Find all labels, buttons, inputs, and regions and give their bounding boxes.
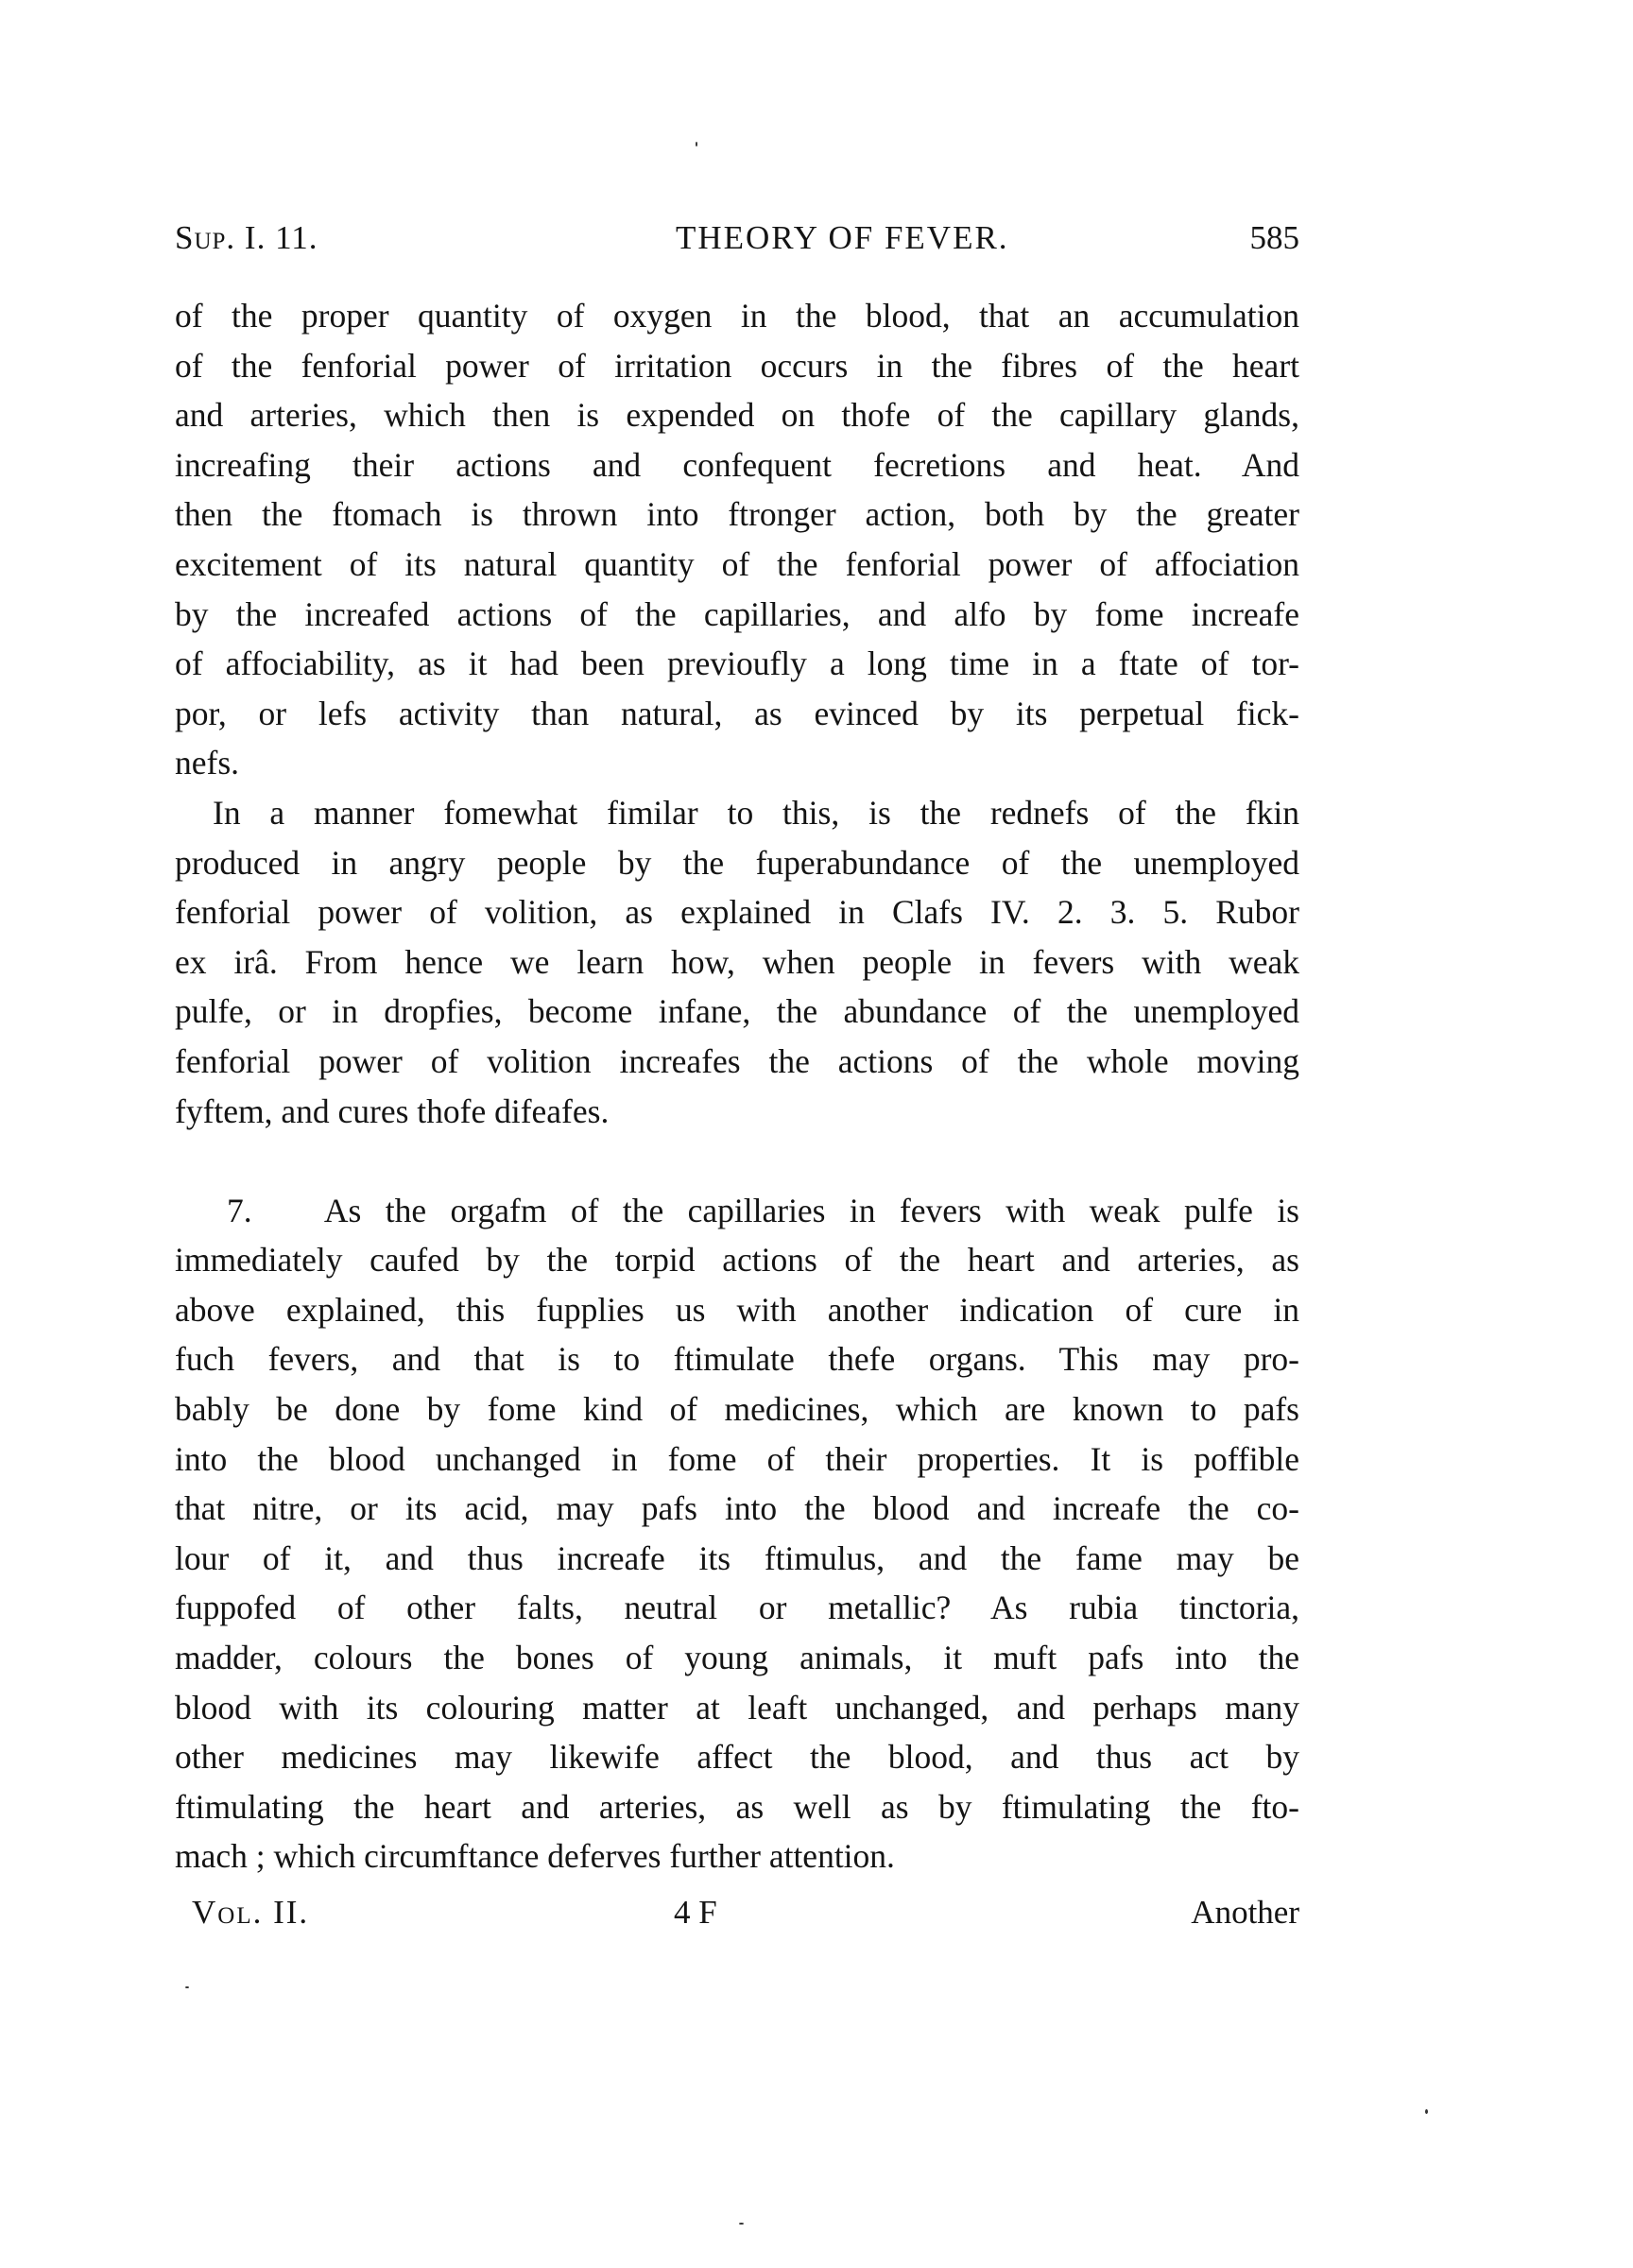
text-line: bably be done by fome kind of medicines,… [175,1384,1299,1435]
volume-label: Vol. II. [192,1890,309,1935]
text-line: fenforial power of volition, as explaine… [175,887,1299,937]
text-line: fyftem, and cures thofe difeafes. [175,1087,1299,1137]
paragraph-gap [175,1136,1299,1186]
page-title: THEORY OF FEVER. [676,215,1009,261]
text-line-content: As the orgafm of the capillaries in feve… [324,1192,1299,1229]
text-line: 7. As the orgafm of the capillaries in f… [175,1186,1299,1236]
text-line: immediately caufed by the torpid actions… [175,1235,1299,1285]
catchword: Another [1191,1890,1299,1935]
text-line: above explained, this fupplies us with a… [175,1285,1299,1335]
text-line: into the blood unchanged in fome of thei… [175,1435,1299,1485]
text-line: In a manner fomewhat fimilar to this, is… [175,788,1299,838]
page-number: 585 [1250,215,1300,261]
text-line: blood with its colouring matter at leaft… [175,1683,1299,1733]
text-line: mach ; which circumftance deferves furth… [175,1831,1299,1881]
scan-speck [739,2223,744,2225]
paragraph-number: 7. [227,1192,252,1229]
paragraph-continuation: of the proper quantity of oxygen in the … [175,291,1299,788]
running-head: Sup. I. 11. THEORY OF FEVER. 585 [175,215,1299,261]
text-line: por, or lefs activity than natural, as e… [175,689,1299,739]
text-line: by the increafed actions of the capillar… [175,590,1299,640]
book-page: Sup. I. 11. THEORY OF FEVER. 585 of the … [0,0,1633,2268]
text-line: ex irâ. From hence we learn how, when pe… [175,937,1299,988]
text-line: increafing their actions and confequent … [175,440,1299,490]
text-line: produced in angry people by the fuperabu… [175,838,1299,888]
paragraph-redness: In a manner fomewhat fimilar to this, is… [175,788,1299,1136]
text-line: madder, colours the bones of young anima… [175,1633,1299,1683]
text-line: fuch fevers, and that is to ftimulate th… [175,1334,1299,1384]
text-line: fuppofed of other falts, neutral or meta… [175,1583,1299,1633]
text-line: excitement of its natural quantity of th… [175,540,1299,590]
text-line: pulfe, or in dropfies, become infane, th… [175,987,1299,1037]
text-line: of affociability, as it had been previou… [175,639,1299,689]
text-line: of the proper quantity of oxygen in the … [175,291,1299,341]
text-line: nefs. [175,738,1299,788]
section-reference: Sup. I. 11. [175,215,318,261]
page-footer: Vol. II. 4 F Another [175,1890,1299,1935]
paragraph-7: 7. As the orgafm of the capillaries in f… [175,1186,1299,1881]
body-text: of the proper quantity of oxygen in the … [175,291,1299,1881]
text-line: fenforial power of volition increafes th… [175,1037,1299,1087]
text-line: lour of it, and thus increafe its ftimul… [175,1534,1299,1584]
signature-mark: 4 F [674,1890,717,1935]
text-line: then the ftomach is thrown into ftronger… [175,490,1299,540]
text-line: that nitre, or its acid, may pafs into t… [175,1484,1299,1534]
scan-speck [185,1986,189,1988]
scan-speck [1425,2109,1428,2114]
text-line: other medicines may likewife affect the … [175,1732,1299,1782]
text-line: of the fenforial power of irritation occ… [175,341,1299,391]
scan-speck [696,142,697,146]
text-line: and arteries, which then is expended on … [175,390,1299,440]
text-line: ftimulating the heart and arteries, as w… [175,1782,1299,1832]
